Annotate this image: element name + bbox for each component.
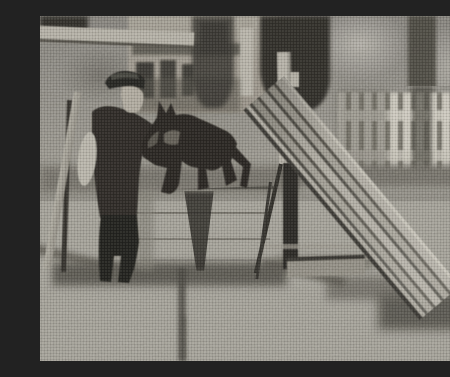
halftone-dot-overlay-light xyxy=(40,16,450,361)
training-ground-photograph xyxy=(40,16,450,361)
